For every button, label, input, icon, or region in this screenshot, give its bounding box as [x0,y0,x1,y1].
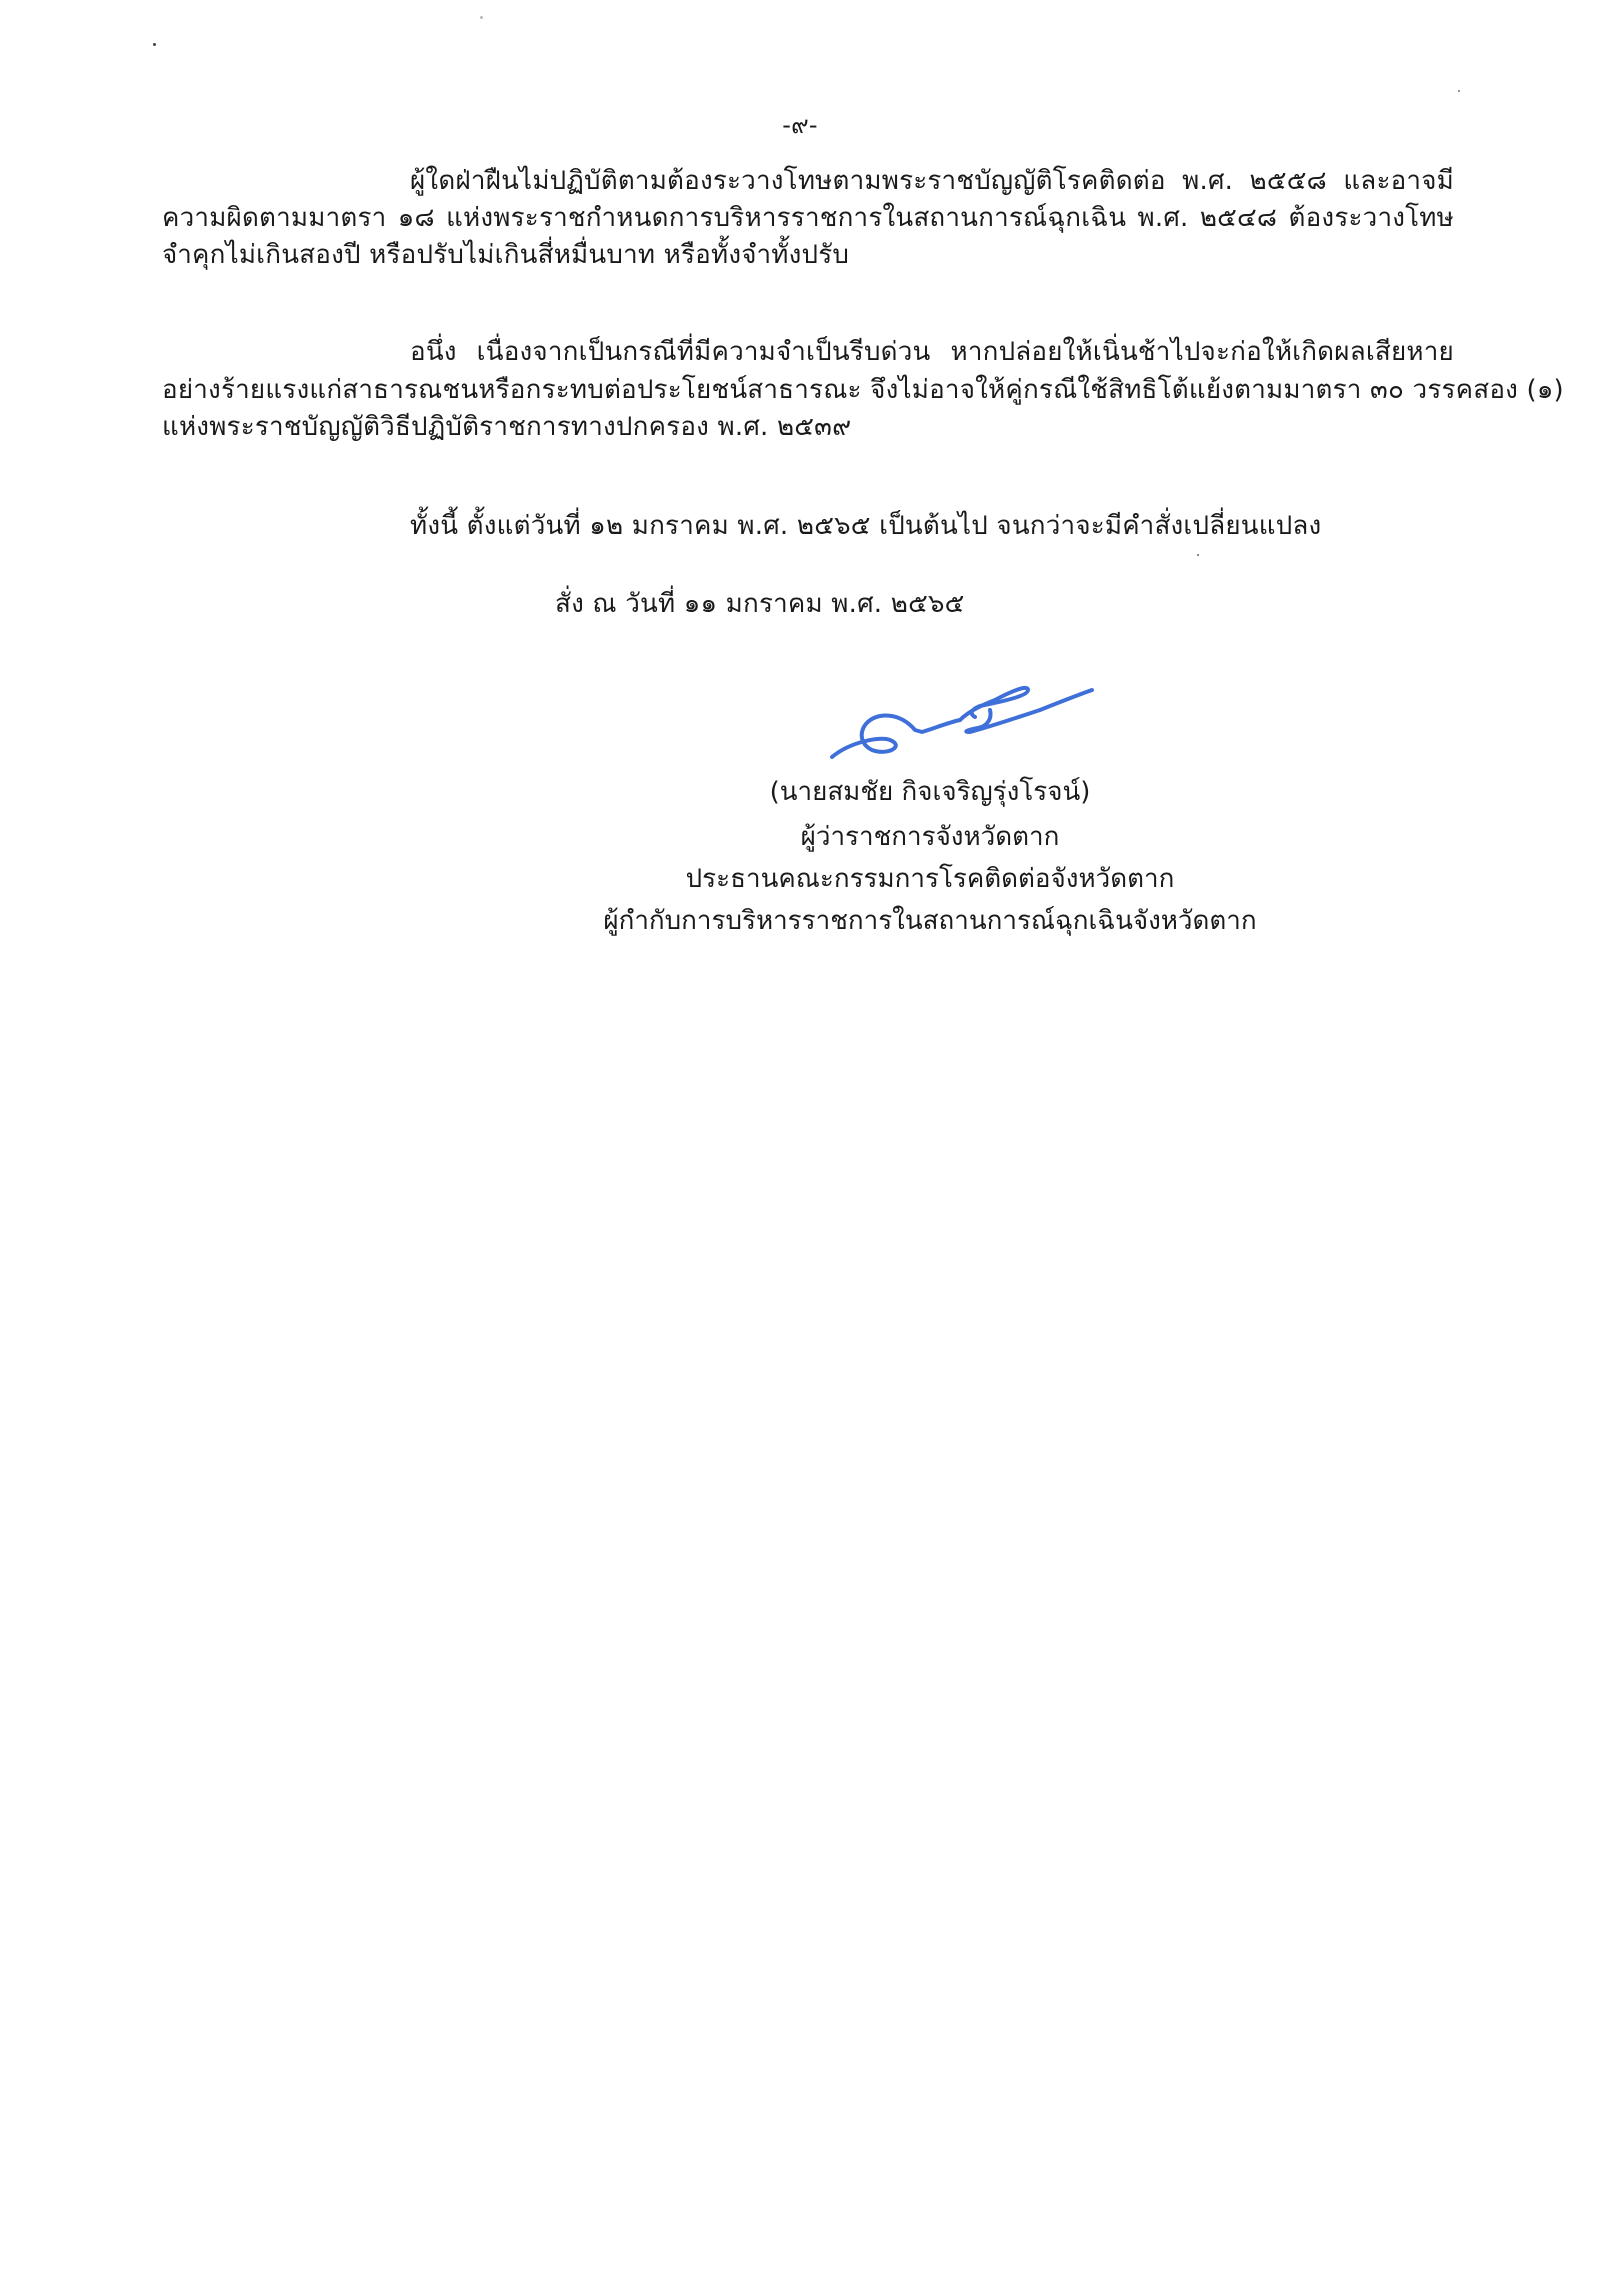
signer-title: ประธานคณะกรรมการโรคติดต่อจังหวัดตาก [560,864,1300,894]
scan-speck [1458,90,1460,92]
paragraph-line: อย่างร้ายแรงแก่สาธารณชนหรือกระทบต่อประโย… [162,375,1454,405]
scan-speck [1197,554,1199,556]
signed-date-line: สั่ง ณ วันที่ ๑๑ มกราคม พ.ศ. ๒๕๖๕ [555,589,965,619]
handwritten-signature-icon [810,662,1100,762]
paragraph-line: แห่งพระราชบัญญัติวิธีปฏิบัติราชการทางปกค… [162,412,851,442]
page-number: -๙- [0,110,1600,140]
effective-date-line: ทั้งนี้ ตั้งแต่วันที่ ๑๒ มกราคม พ.ศ. ๒๕๖… [410,511,1321,541]
scan-speck [480,16,483,19]
signer-name: (นายสมชัย กิจเจริญรุ่งโรจน์) [560,777,1300,807]
signer-title: ผู้ว่าราชการจังหวัดตาก [560,822,1300,852]
scan-speck [153,43,156,46]
paragraph-line: จำคุกไม่เกินสองปี หรือปรับไม่เกินสี่หมื่… [162,240,849,270]
paragraph-line: ความผิดตามมาตรา ๑๘ แห่งพระราชกำหนดการบริ… [162,203,1454,233]
signer-title: ผู้กำกับการบริหารราชการในสถานการณ์ฉุกเฉิ… [560,906,1300,936]
paragraph-line: ผู้ใดฝ่าฝืนไม่ปฏิบัติตามต้องระวางโทษตามพ… [410,166,1454,196]
paragraph-line: อนึ่ง เนื่องจากเป็นกรณีที่มีความจำเป็นรี… [410,337,1454,367]
document-page: -๙- ผู้ใดฝ่าฝืนไม่ปฏิบัติตามต้องระวางโทษ… [0,0,1600,2270]
